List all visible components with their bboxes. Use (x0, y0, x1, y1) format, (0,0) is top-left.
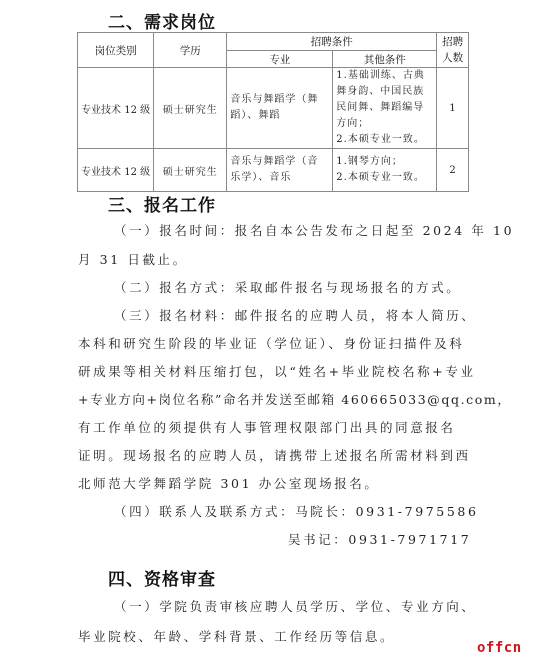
paragraph-line: 本科和研究生阶段的毕业证（学位证）、身份证扫描件及科 (78, 334, 464, 352)
header-count: 招聘 人数 (437, 33, 469, 68)
header-category: 岗位类别 (78, 33, 154, 68)
header-count-line2: 人数 (442, 52, 463, 64)
paragraph-line: 月 31 日截止。 (78, 250, 188, 268)
cell-major: 音乐与舞蹈学（舞蹈）、舞蹈 (227, 68, 333, 149)
paragraph-line: 研成果等相关材料压缩打包，以“姓名+毕业院校名称+专业 (78, 362, 476, 380)
paragraph-line: （二）报名方式：采取邮件报名与现场报名的方式。 (114, 278, 461, 296)
paragraph-line: 有工作单位的须提供有人事管理权限部门出具的同意报名 (78, 418, 456, 436)
other-line: 2.本硕专业一致。 (336, 132, 433, 148)
table-row: 专业技术 12 级 硕士研究生 音乐与舞蹈学（音乐学）、音乐 1.钢琴方向； 2… (78, 149, 469, 192)
offcn-watermark: offcn (477, 640, 522, 656)
other-line: 2.本硕专业一致。 (336, 170, 433, 186)
paragraph-line: +专业方向+岗位名称”命名并发送至邮箱 460665033@qq.com， (78, 390, 511, 408)
cell-count: 1 (437, 68, 469, 149)
cell-category: 专业技术 12 级 (78, 149, 154, 192)
paragraph-line: （三）报名材料：邮件报名的应聘人员，将本人简历、 (114, 306, 476, 324)
cell-other: 1.基础训练、古典舞身韵、中国民族民间舞、舞蹈编导方向； 2.本硕专业一致。 (333, 68, 437, 149)
other-line: 1.基础训练、古典舞身韵、中国民族民间舞、舞蹈编导方向； (336, 68, 433, 132)
paragraph-line: （一）报名时间：报名自本公告发布之日起至 2024 年 10 (114, 221, 514, 239)
section-2-heading: 二、需求岗位 (108, 8, 216, 33)
header-education: 学历 (154, 33, 227, 68)
section-3-heading: 三、报名工作 (108, 191, 216, 216)
contact-line: （四）联系人及联系方式：马院长：0931-7975586 (114, 502, 479, 520)
table-row: 专业技术 12 级 硕士研究生 音乐与舞蹈学（舞蹈）、舞蹈 1.基础训练、古典舞… (78, 68, 469, 149)
header-count-line1: 招聘 (442, 36, 463, 48)
cell-education: 硕士研究生 (154, 68, 227, 149)
section-4-heading: 四、资格审查 (108, 565, 216, 590)
cell-count: 2 (437, 149, 469, 192)
paragraph-line: 北师范大学舞蹈学院 301 办公室现场报名。 (78, 474, 380, 492)
header-other: 其他条件 (333, 51, 437, 68)
cell-other: 1.钢琴方向； 2.本硕专业一致。 (333, 149, 437, 192)
header-conditions: 招聘条件 (227, 33, 437, 51)
cell-category: 专业技术 12 级 (78, 68, 154, 149)
paragraph-line: 证明。现场报名的应聘人员，请携带上述报名所需材料到西 (78, 446, 471, 464)
paragraph-line: （一）学院负责审核应聘人员学历、学位、专业方向、 (114, 597, 476, 615)
cell-major: 音乐与舞蹈学（音乐学）、音乐 (227, 149, 333, 192)
header-major: 专业 (227, 51, 333, 68)
paragraph-line: 毕业院校、年龄、学科背景、工作经历等信息。 (78, 627, 395, 645)
contact-line: 吴书记：0931-7971717 (288, 530, 471, 548)
positions-table: 岗位类别 学历 招聘条件 招聘 人数 专业 其他条件 专业技术 12 级 硕士研… (77, 32, 469, 192)
cell-education: 硕士研究生 (154, 149, 227, 192)
other-line: 1.钢琴方向； (336, 154, 433, 170)
